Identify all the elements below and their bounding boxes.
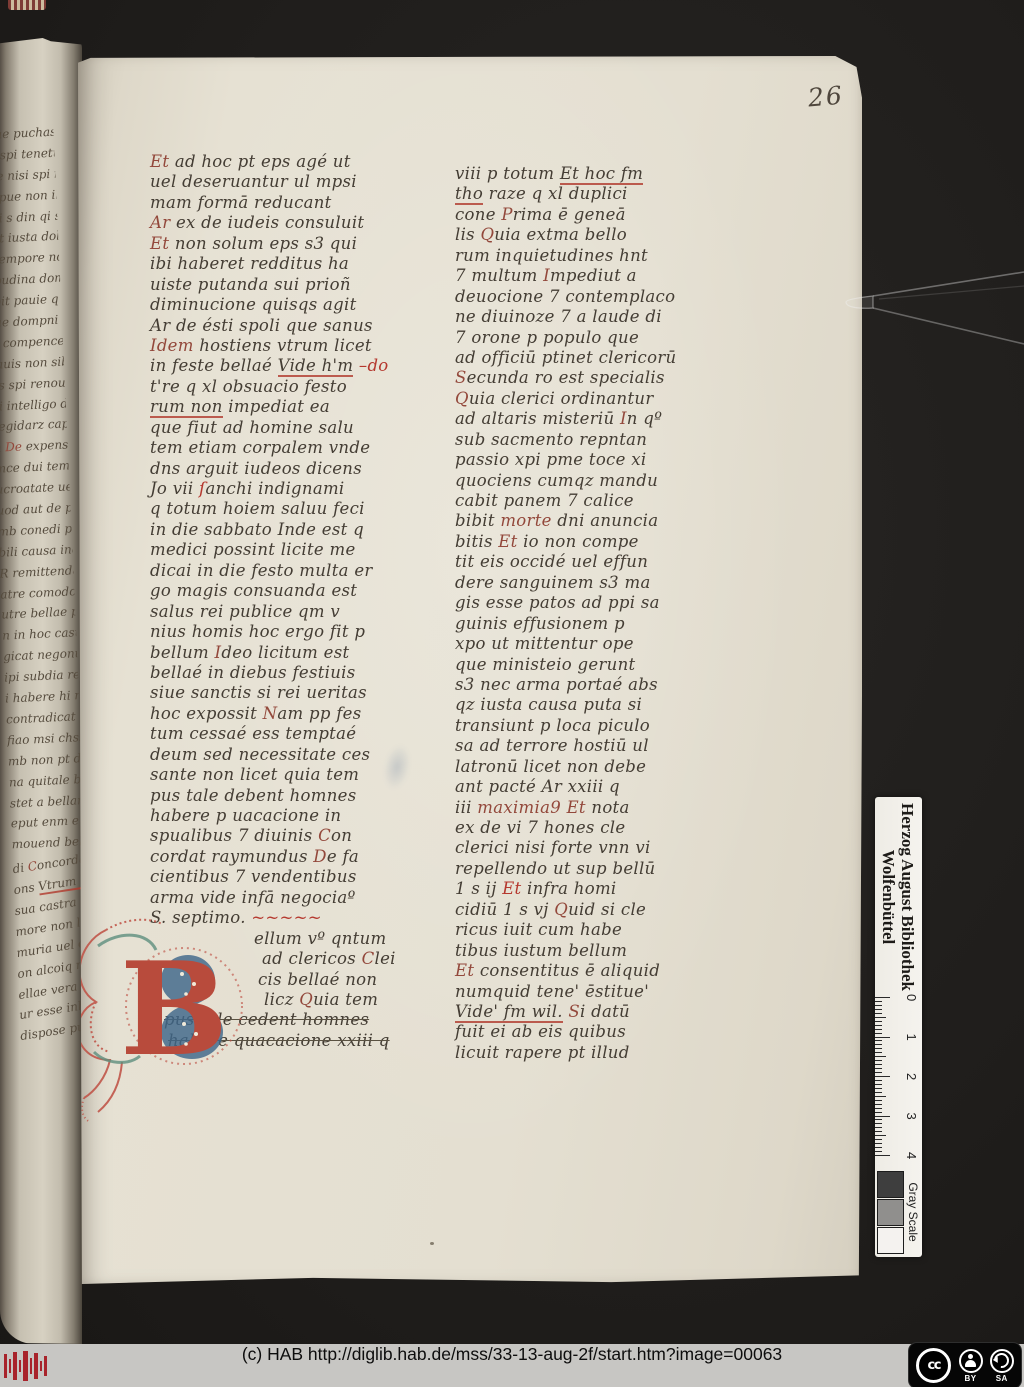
by-label: BY [964, 1374, 976, 1383]
library-name-label: Herzog August Bibliothek Wolfenbüttel [875, 797, 922, 997]
sa-label: SA [996, 1374, 1008, 1383]
by-person-icon [959, 1349, 983, 1373]
text-column-right: viii p totum Et hoc fmtho raze q xl dupl… [455, 164, 755, 1063]
cc-icon: cc [916, 1348, 951, 1383]
gray-scale-swatches [877, 1171, 904, 1254]
folio-number: 26 [807, 80, 845, 112]
manuscript-page: 26 Et ad hoc pt eps agé utuel deseruantu… [78, 56, 862, 1284]
library-name-line2: Wolfenbüttel [879, 797, 898, 997]
color-calibration-strip: Herzog August Bibliothek Wolfenbüttel 01… [875, 797, 922, 1257]
caption-text: (c) HAB http://diglib.hab.de/mss/33-13-a… [0, 1344, 1024, 1387]
previous-page-edge: noue puchase bonilqn spi tenetur le ynae… [0, 38, 82, 1344]
digitized-manuscript-photo: noue puchase bonilqn spi tenetur le ynae… [0, 0, 1024, 1387]
library-name-line1: Herzog August Bibliothek [898, 797, 917, 997]
text-column-left: Et ad hoc pt eps agé utuel deseruantur u… [150, 152, 450, 1051]
caption-bar: (c) HAB http://diglib.hab.de/mss/33-13-a… [0, 1344, 1024, 1387]
book-snake-weight [815, 252, 1024, 362]
cm-ruler: 01234 [875, 997, 922, 1169]
sa-arrow-icon [990, 1349, 1014, 1373]
ink-speck [430, 1242, 434, 1245]
cc-license-badge: cc BY SA [908, 1342, 1022, 1387]
binding-headband [8, 0, 46, 10]
gray-scale-label: Gray Scale [906, 1169, 920, 1255]
gray-scale-block: Gray Scale [875, 1169, 922, 1255]
by-attribution: BY [959, 1349, 983, 1383]
sa-sharealike: SA [990, 1349, 1014, 1383]
